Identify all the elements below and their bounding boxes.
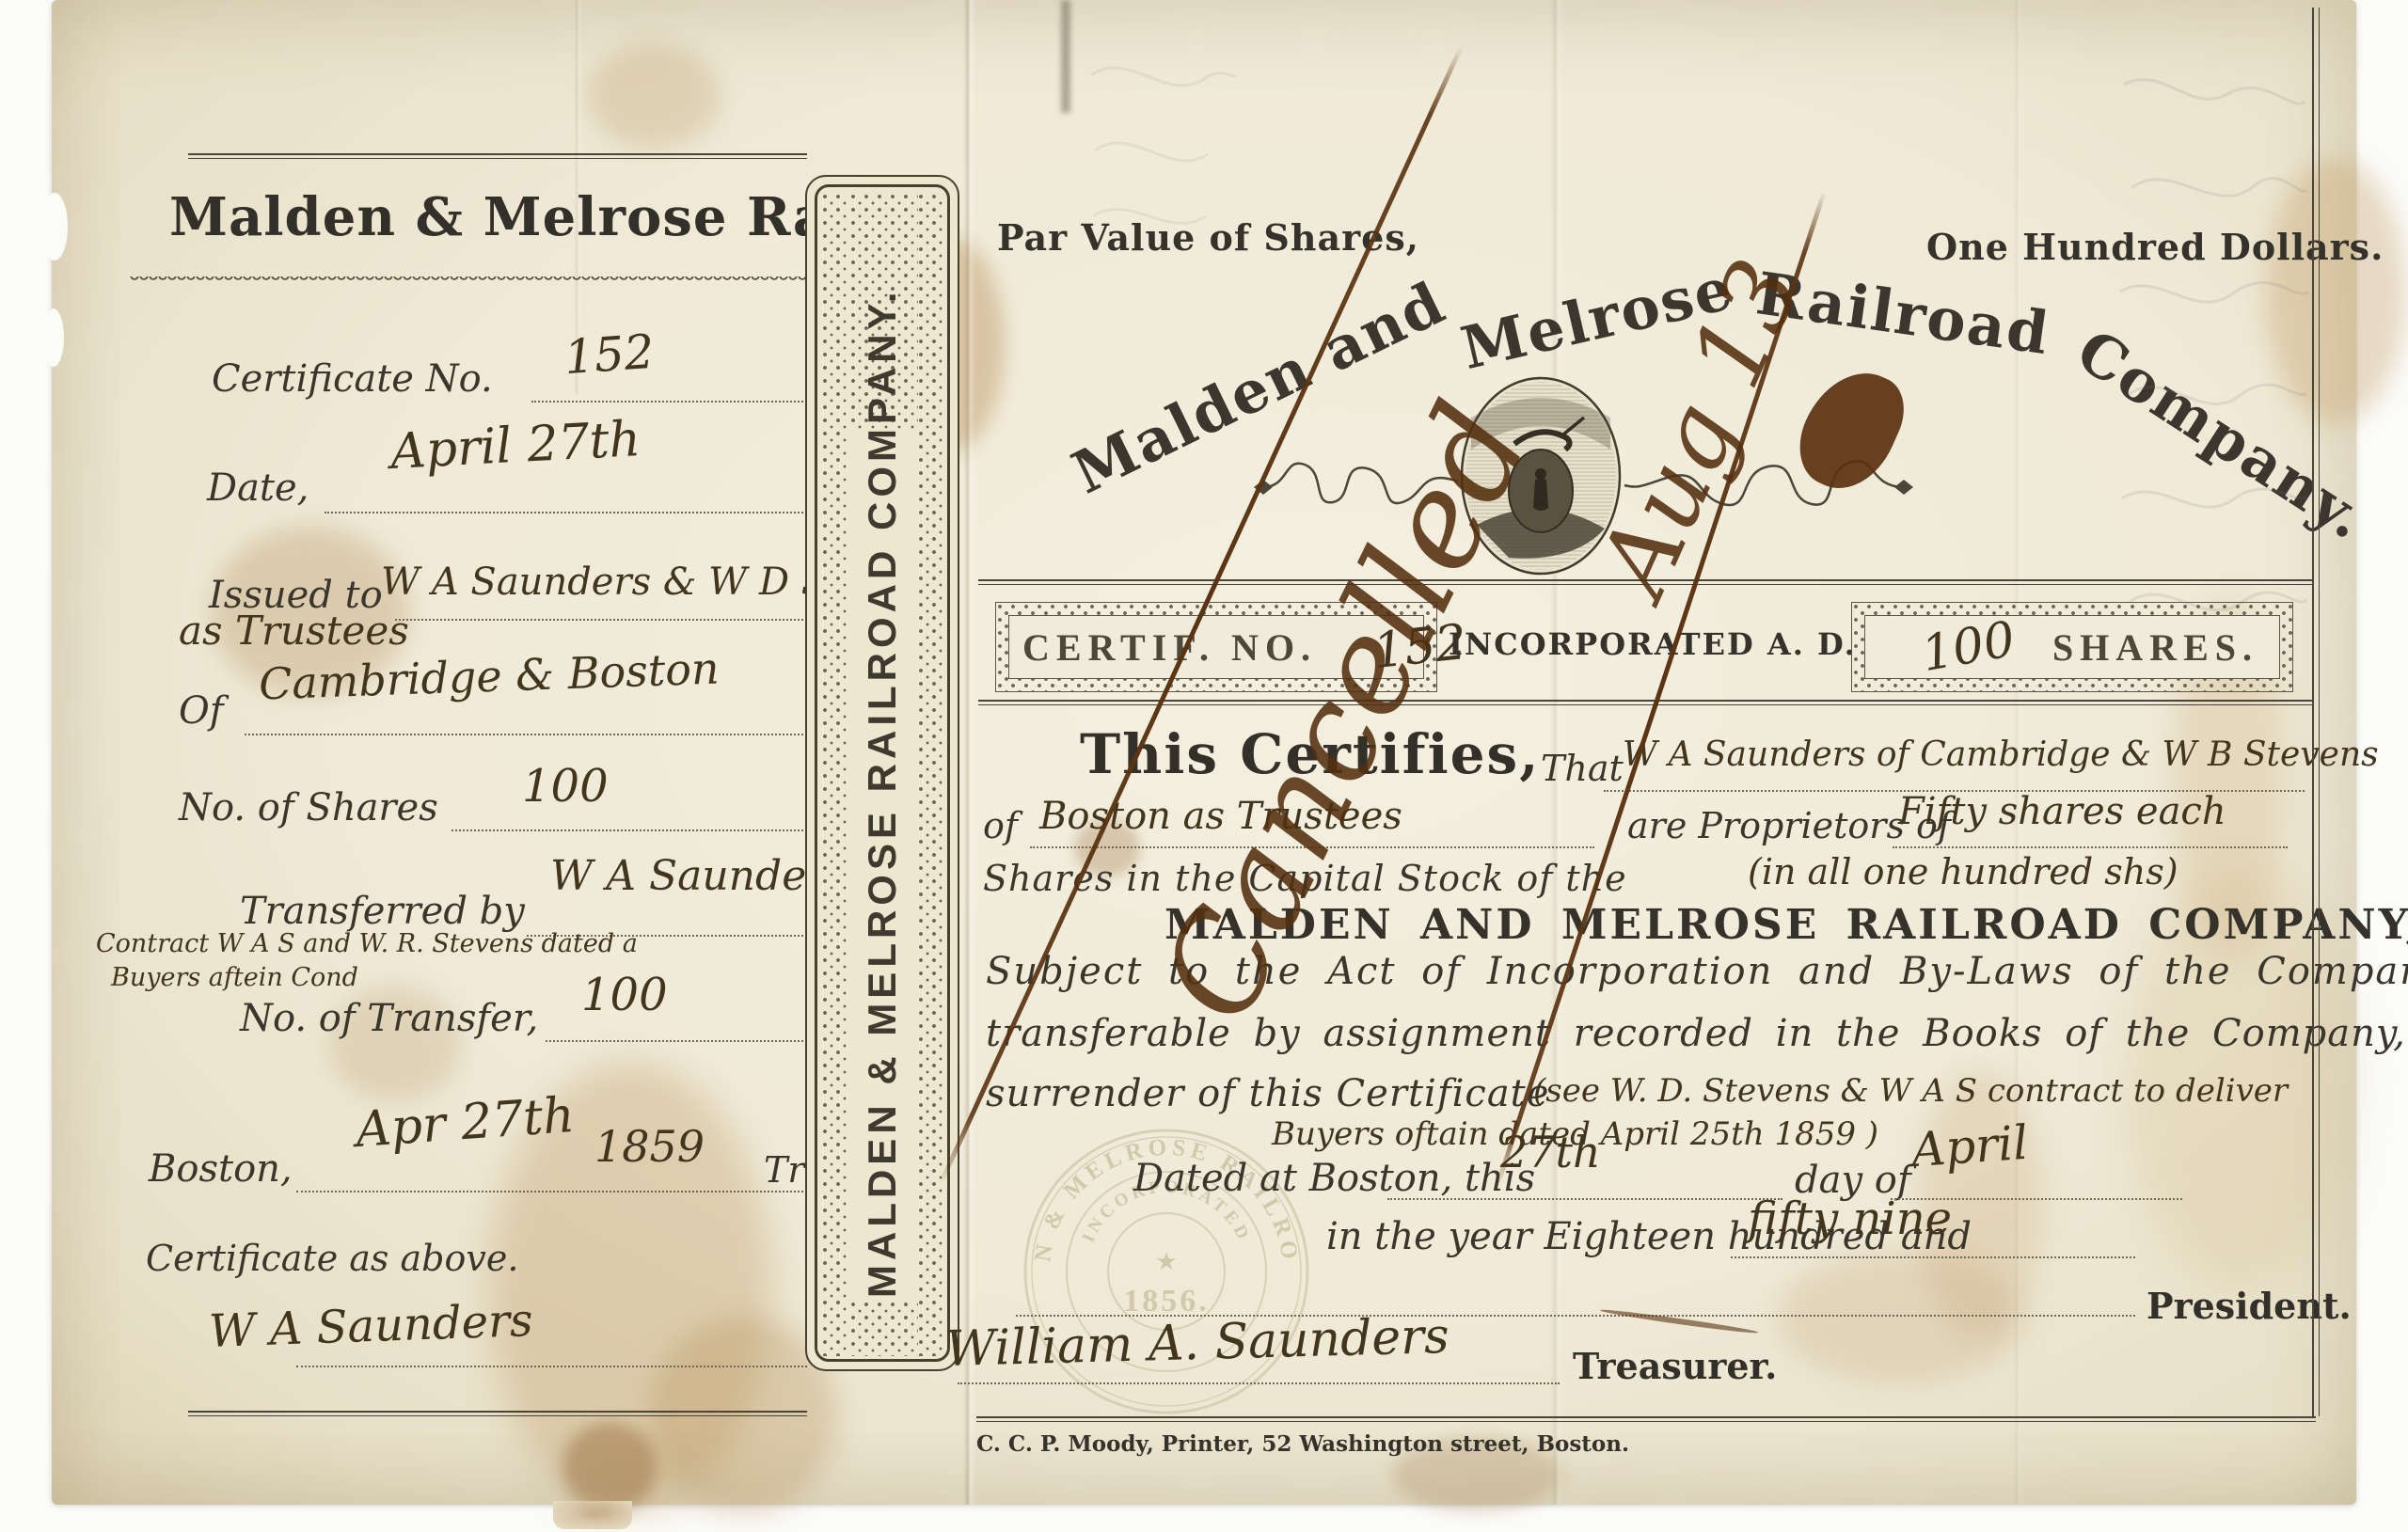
stub-certificate-no-line [531, 401, 807, 403]
stub-place-line [296, 1191, 807, 1192]
fold-crease [963, 0, 976, 1505]
holder-handwritten: W A Saunders of Cambridge & W B Stevens [1623, 735, 2379, 774]
bleedthrough-ink [1082, 38, 1242, 248]
stub-issued-to-line [395, 619, 807, 621]
stub-issued-to-value: W A Saunders & W D S [381, 561, 807, 604]
surrender-note-1: (see W. D. Stevens & W A S contract to d… [1533, 1072, 2288, 1110]
stain [1778, 1251, 2022, 1382]
that-word: That [1541, 748, 1624, 789]
shares-handwritten: Fifty shares each [1898, 790, 2226, 833]
banner-company-name: MALDEN & MELROSE RAILROAD COMPANY. [860, 451, 905, 1298]
stub-place-year-value: 1859 [594, 1121, 705, 1172]
stub-header: Malden & Melrose Railroad Comp [169, 186, 807, 248]
stub-place-suffix: Tr [764, 1149, 805, 1191]
seal-star-icon: ★ [1155, 1248, 1177, 1276]
stub-transferred-by-value: W A Saunders [550, 852, 807, 900]
transferable-line: transferable by assignment recorded in t… [986, 1012, 2408, 1055]
stub-shares-label: No. of Shares [179, 786, 438, 829]
vertical-banner: MALDEN & MELROSE RAILROAD COMPANY. [805, 175, 959, 1371]
total-shares-note: (in all one hundred shs) [1748, 851, 2178, 892]
stub-shares-value: 100 [522, 760, 609, 813]
stub-certificate-no-value: 152 [562, 324, 656, 386]
stub-date-value: April 27th [389, 411, 642, 481]
of-word: of [983, 805, 1018, 846]
seal-year: 1856. [1123, 1284, 1210, 1319]
stub-bottom-rule [188, 1411, 807, 1416]
stub-certificate-as-above: Certificate as above. [146, 1238, 518, 1279]
stub-place-date-value: Apr 27th [354, 1087, 576, 1159]
paper-tail [553, 1501, 632, 1529]
stub-date-line [325, 512, 807, 513]
incorporated-line: INCORPORATED A. D. 1856. [1449, 626, 1844, 662]
stub-transfer-note-2: Buyers aftein Cond [111, 963, 358, 992]
stub-wavy-rule [130, 276, 807, 283]
banner-lace-left [822, 194, 847, 1356]
year-handwritten: fifty nine [1748, 1192, 1952, 1245]
stub-date-label: Date, [207, 466, 309, 510]
stub-transfer-note-1: Contract W A S and W. R. Stevens dated a [96, 929, 638, 958]
stub-transfer-no-label: No. of Transfer, [240, 997, 538, 1040]
treasurer-label: Treasurer. [1573, 1345, 1777, 1387]
stub-transferred-by-label: Transferred by [240, 890, 525, 933]
stub-of-line [245, 734, 807, 735]
bleedthrough-ink [2105, 56, 2321, 681]
banner-lace-bottom-block [850, 1302, 918, 1356]
stub-issued-to-value-2: as Trustees [179, 608, 409, 654]
surrender-phrase: surrender of this Certificate [986, 1072, 1549, 1115]
stub-top-rule [188, 153, 807, 159]
fold-shadow [1061, 0, 1070, 113]
shares-box-value: 100 [1918, 611, 2020, 683]
shares-line [1893, 846, 2288, 848]
dated-phrase: Dated at Boston, this [1133, 1157, 1535, 1200]
president-label: President. [2147, 1285, 2352, 1327]
stub-signature: W A Saunders [208, 1294, 533, 1358]
company-name-line: MALDEN AND MELROSE RAILROAD COMPANY, [1164, 901, 2408, 949]
stub-signature-line [296, 1366, 807, 1367]
year-line [1731, 1256, 2135, 1258]
stock-certificate-scan: Malden & Melrose Railroad Comp Certifica… [0, 0, 2408, 1532]
stub-certificate-no-label: Certificate No. [212, 357, 493, 401]
stub-place-label: Boston, [149, 1147, 293, 1191]
stub-transfer-no-line [546, 1040, 807, 1042]
stub-transfer-no-value: 100 [581, 969, 668, 1021]
stub-of-label: Of [179, 689, 224, 733]
certificate-bottom-rule [976, 1416, 2316, 1422]
certif-no-label: CERTIF. NO. [1022, 625, 1317, 670]
treasurer-line [958, 1382, 1560, 1384]
printer-line: C. C. P. Moody, Printer, 52 Washington s… [976, 1431, 1629, 1457]
stub-shares-line [451, 829, 807, 831]
dated-month: April [1909, 1115, 2030, 1178]
dated-day-line [1387, 1198, 1782, 1200]
boxes-bottom-rule [978, 700, 2314, 705]
stub-section: Malden & Melrose Railroad Comp Certifica… [56, 0, 807, 1505]
